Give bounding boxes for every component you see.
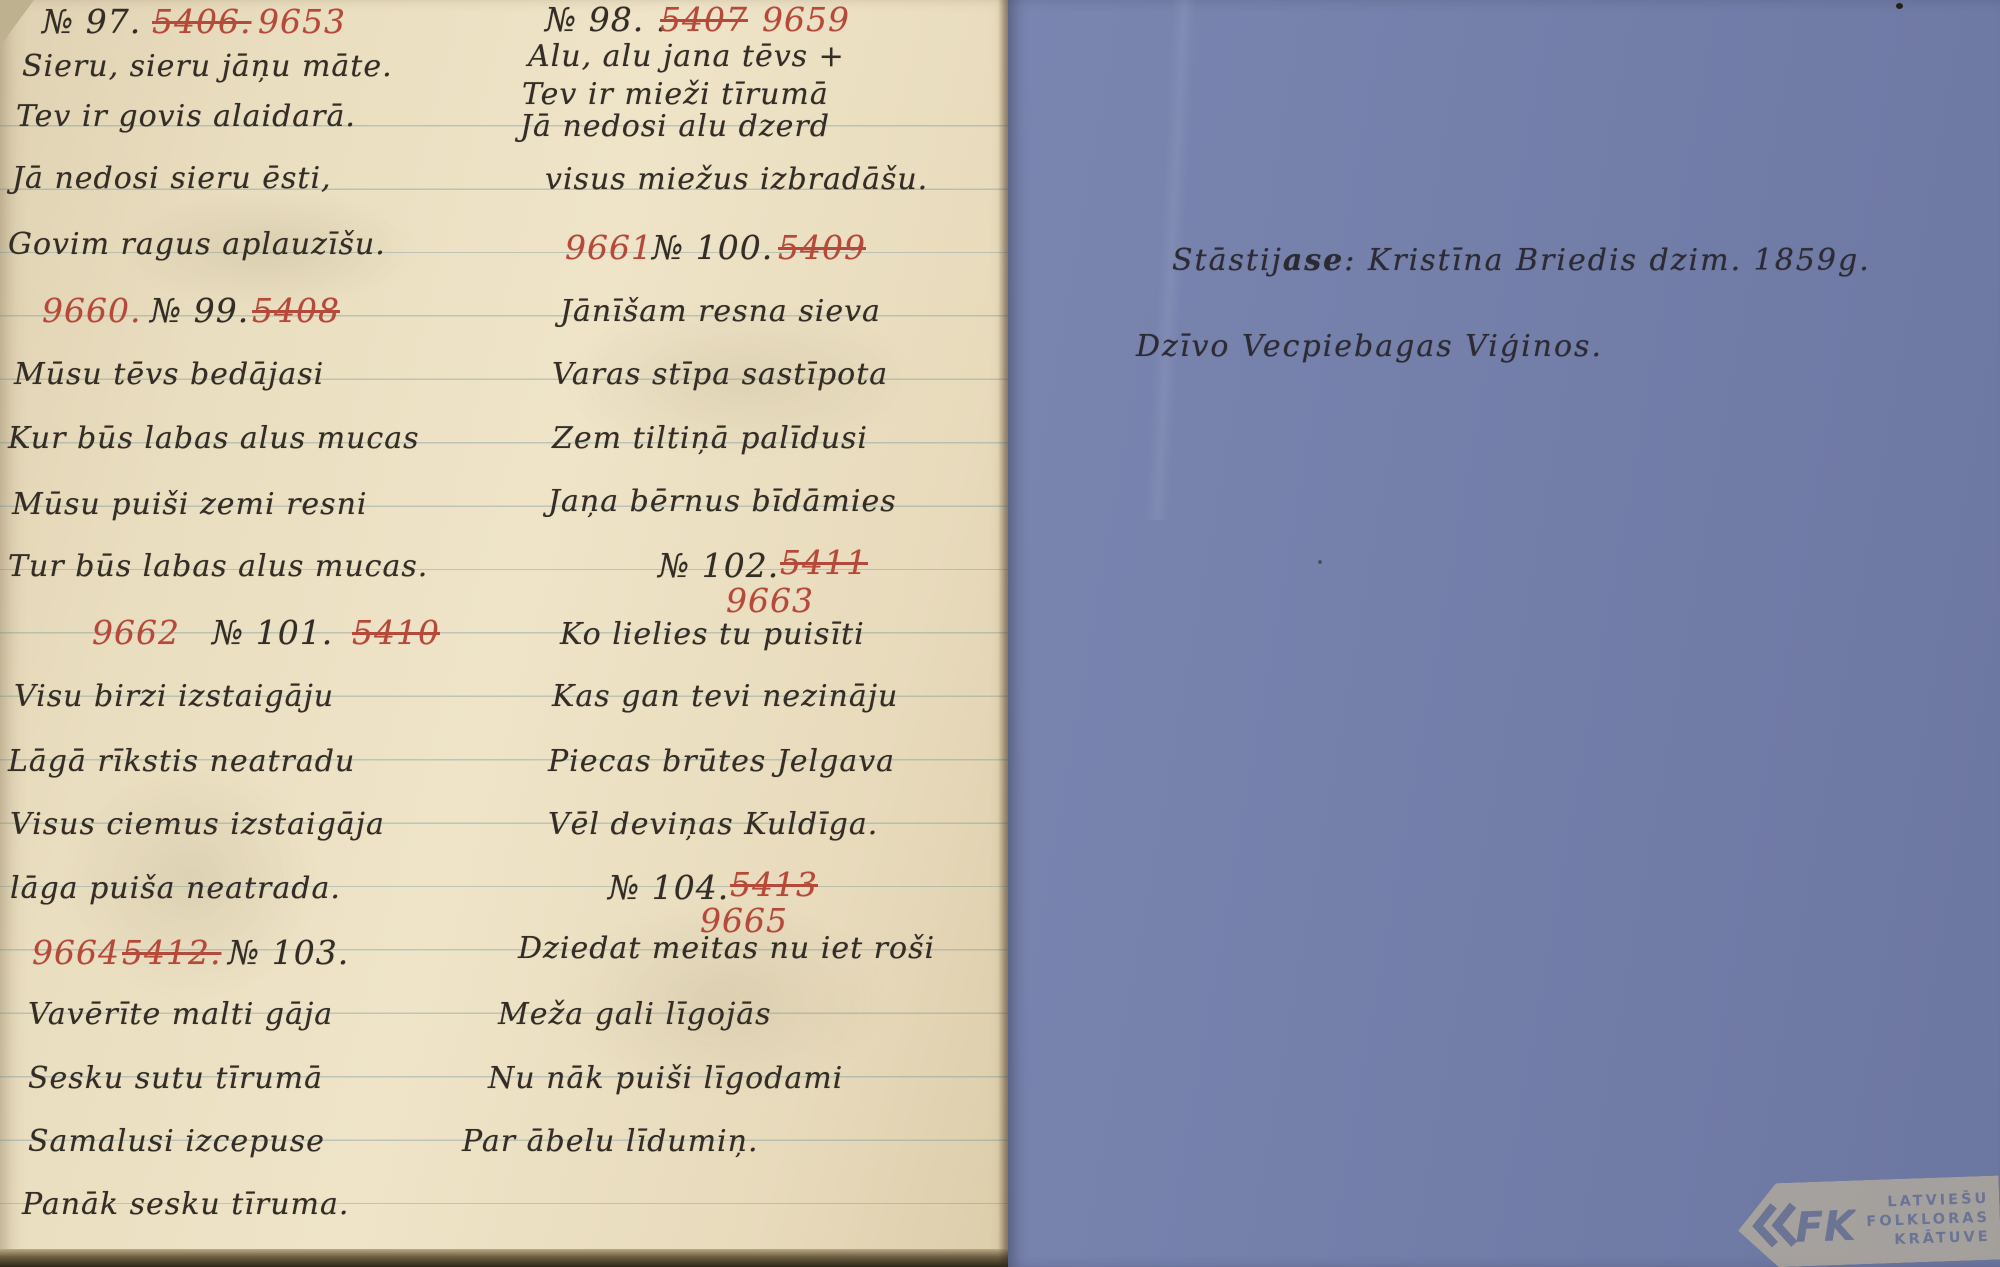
song97-number: № 97.: [42, 4, 141, 40]
song102-line3: Piecas brūtes Jelgava: [548, 745, 895, 778]
song101-number: № 101.: [212, 615, 333, 651]
song104-line2: Meža gali līgojās: [498, 998, 772, 1031]
song103-line4: Panāk sesku tīruma.: [22, 1188, 349, 1221]
cover-teller-line: Stāstijase: Kristīna Briedis dzim. 1859g…: [1172, 244, 1871, 277]
song104-line1: Dziedat meitas nu iet roši: [518, 932, 935, 965]
cover-teller-prefix: Stāstij: [1172, 243, 1283, 278]
song101-line4: lāga puiša neatrada.: [10, 872, 341, 905]
song101-line2: Lāgā rīkstis neatradu: [8, 745, 355, 778]
song99-line4: Tur būs labas alus mucas.: [8, 550, 428, 583]
paper-speck: [1318, 560, 1322, 564]
page-corner-fold: [0, 0, 34, 46]
notebook-cover: Stāstijase: Kristīna Briedis dzim. 1859g…: [1008, 0, 2000, 1267]
song102-line1: Ko lielies tu puisīti: [560, 618, 865, 651]
song100-line2: Varas stīpa sastīpota: [552, 358, 888, 391]
song99-number: № 99.: [150, 293, 249, 329]
svg-text:FK: FK: [1795, 1201, 1858, 1252]
song100-line3: Zem tiltiņā palīdusi: [552, 422, 868, 455]
song97-line3: Jā nedosi sieru ēsti,: [12, 162, 332, 195]
lfk-logo-icon: FK: [1751, 1193, 1857, 1255]
song99-old-archive-number: 5408: [252, 293, 340, 329]
song99-line2: Kur būs labas alus mucas: [8, 422, 420, 455]
song97-new-archive-number: 9653: [258, 4, 346, 40]
song103-old-archive-number: 5412.: [122, 935, 221, 971]
song102-old-archive-number: 5411: [780, 545, 868, 581]
song99-line3: Mūsu puiši zemi resni: [12, 488, 367, 521]
song104-old-archive-number: 5413: [730, 867, 818, 903]
song97-line4: Govim ragus aplauzīšu.: [8, 228, 386, 261]
song100-number: № 100.: [652, 230, 773, 266]
song101-old-archive-number: 5410: [352, 615, 440, 651]
song102-new-archive-number: 9663: [726, 583, 814, 619]
song98-line4: visus miežus izbradāšu.: [545, 163, 928, 196]
song98-line3: Jā nedosi alu dzerd: [520, 110, 830, 143]
song101-line3: Visus ciemus izstaigāja: [10, 808, 385, 841]
song103-new-archive-number: 9664: [32, 935, 120, 971]
cover-residence-line: Dzīvo Vecpiebagas Viģinos.: [1136, 330, 1603, 363]
song102-number: № 102.: [658, 548, 779, 584]
cover-teller-correction: ase: [1283, 243, 1344, 278]
song103-line3: Samalusi izcepuse: [28, 1125, 325, 1158]
song101-line1: Visu birzi izstaigāju: [14, 680, 334, 713]
song100-old-archive-number: 5409: [778, 230, 866, 266]
song98-line1: Alu, alu jana tēvs +: [528, 40, 845, 73]
song103-line1: Vavērīte malti gāja: [28, 998, 333, 1031]
song100-line4: Jaņa bērnus bīdāmies: [548, 485, 897, 518]
song97-line1: Sieru, sieru jāņu māte.: [22, 50, 393, 83]
song100-line1: Jānīšam resna sieva: [560, 295, 881, 328]
page-bottom-edge: [0, 1249, 1008, 1267]
song97-line2: Tev ir govis alaidarā.: [16, 100, 356, 133]
song102-line4: Vēl deviņas Kuldīga.: [548, 808, 878, 841]
song104-line3: Nu nāk puiši līgodami: [488, 1062, 843, 1095]
manuscript-page: № 97. 5406. 9653 Sieru, sieru jāņu māte.…: [0, 0, 1008, 1267]
song101-new-archive-number: 9662: [92, 615, 180, 651]
song99-new-archive-number: 9660.: [42, 293, 141, 329]
cover-teller-rest: : Kristīna Briedis dzim. 1859g.: [1344, 243, 1870, 278]
song99-line1: Mūsu tēvs bedājasi: [14, 358, 324, 391]
song98-number: № 98. .: [545, 2, 667, 38]
song104-line4: Par ābelu līdumiņ.: [462, 1125, 759, 1158]
song97-old-archive-number: 5406.: [152, 4, 251, 40]
song103-number: № 103.: [228, 935, 349, 971]
song100-new-archive-number: 9661: [565, 230, 653, 266]
archive-scan: № 97. 5406. 9653 Sieru, sieru jāņu māte.…: [0, 0, 2000, 1267]
song103-line2: Sesku sutu tīrumā: [28, 1062, 323, 1095]
song102-line2: Kas gan tevi nezināju: [552, 680, 898, 713]
song98-new-archive-number: 9659: [762, 2, 850, 38]
lfk-archive-stamp: FK LATVIEŠU FOLKLORAS KRĀTUVE: [1737, 1175, 2000, 1267]
paper-speck: [1896, 3, 1903, 9]
song98-old-archive-number: 5407: [660, 2, 748, 38]
song98-line2: Tev ir mieži tīrumā: [522, 78, 829, 111]
